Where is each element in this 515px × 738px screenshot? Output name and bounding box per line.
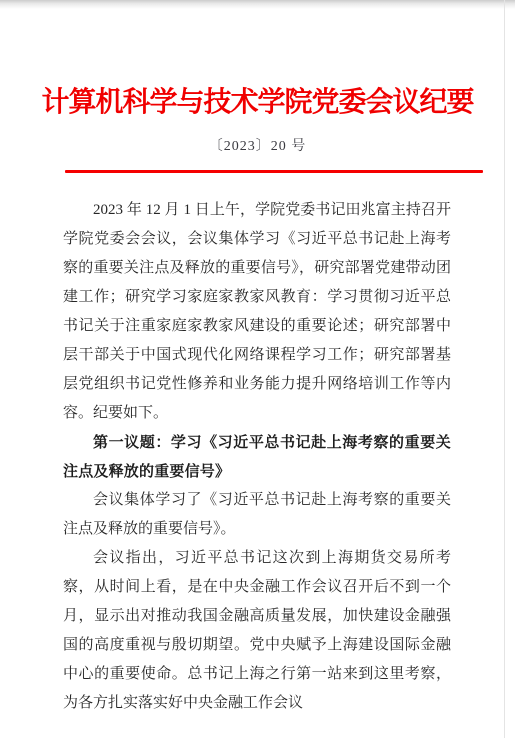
topic-heading: 第一议题：学习《习近平总书记赴上海考察的重要关注点及释放的重要信号》 — [63, 428, 451, 486]
document-number: 〔2023〕20 号 — [0, 135, 515, 155]
top-toolbar-shadow — [0, 0, 515, 9]
document-page: 计算机科学与技术学院党委会议纪要 〔2023〕20 号 2023 年 12 月 … — [0, 0, 515, 738]
document-title: 计算机科学与技术学院党委会议纪要 — [0, 84, 515, 122]
page-right-edge-line — [504, 0, 505, 738]
body-paragraph: 2023 年 12 月 1 日上午，学院党委书记田兆富主持召开学院党委会会议，会… — [63, 196, 451, 428]
document-body: 2023 年 12 月 1 日上午，学院党委书记田兆富主持召开学院党委会会议，会… — [63, 196, 451, 718]
body-paragraph: 会议集体学习了《习近平总书记赴上海考察的重要关注点及释放的重要信号》。 — [63, 486, 451, 544]
header-red-rule — [65, 170, 483, 173]
document-header: 计算机科学与技术学院党委会议纪要 〔2023〕20 号 — [0, 0, 515, 155]
body-paragraph: 会议指出，习近平总书记这次到上海期货交易所考察，从时间上看，是在中央金融工作会议… — [63, 544, 451, 718]
